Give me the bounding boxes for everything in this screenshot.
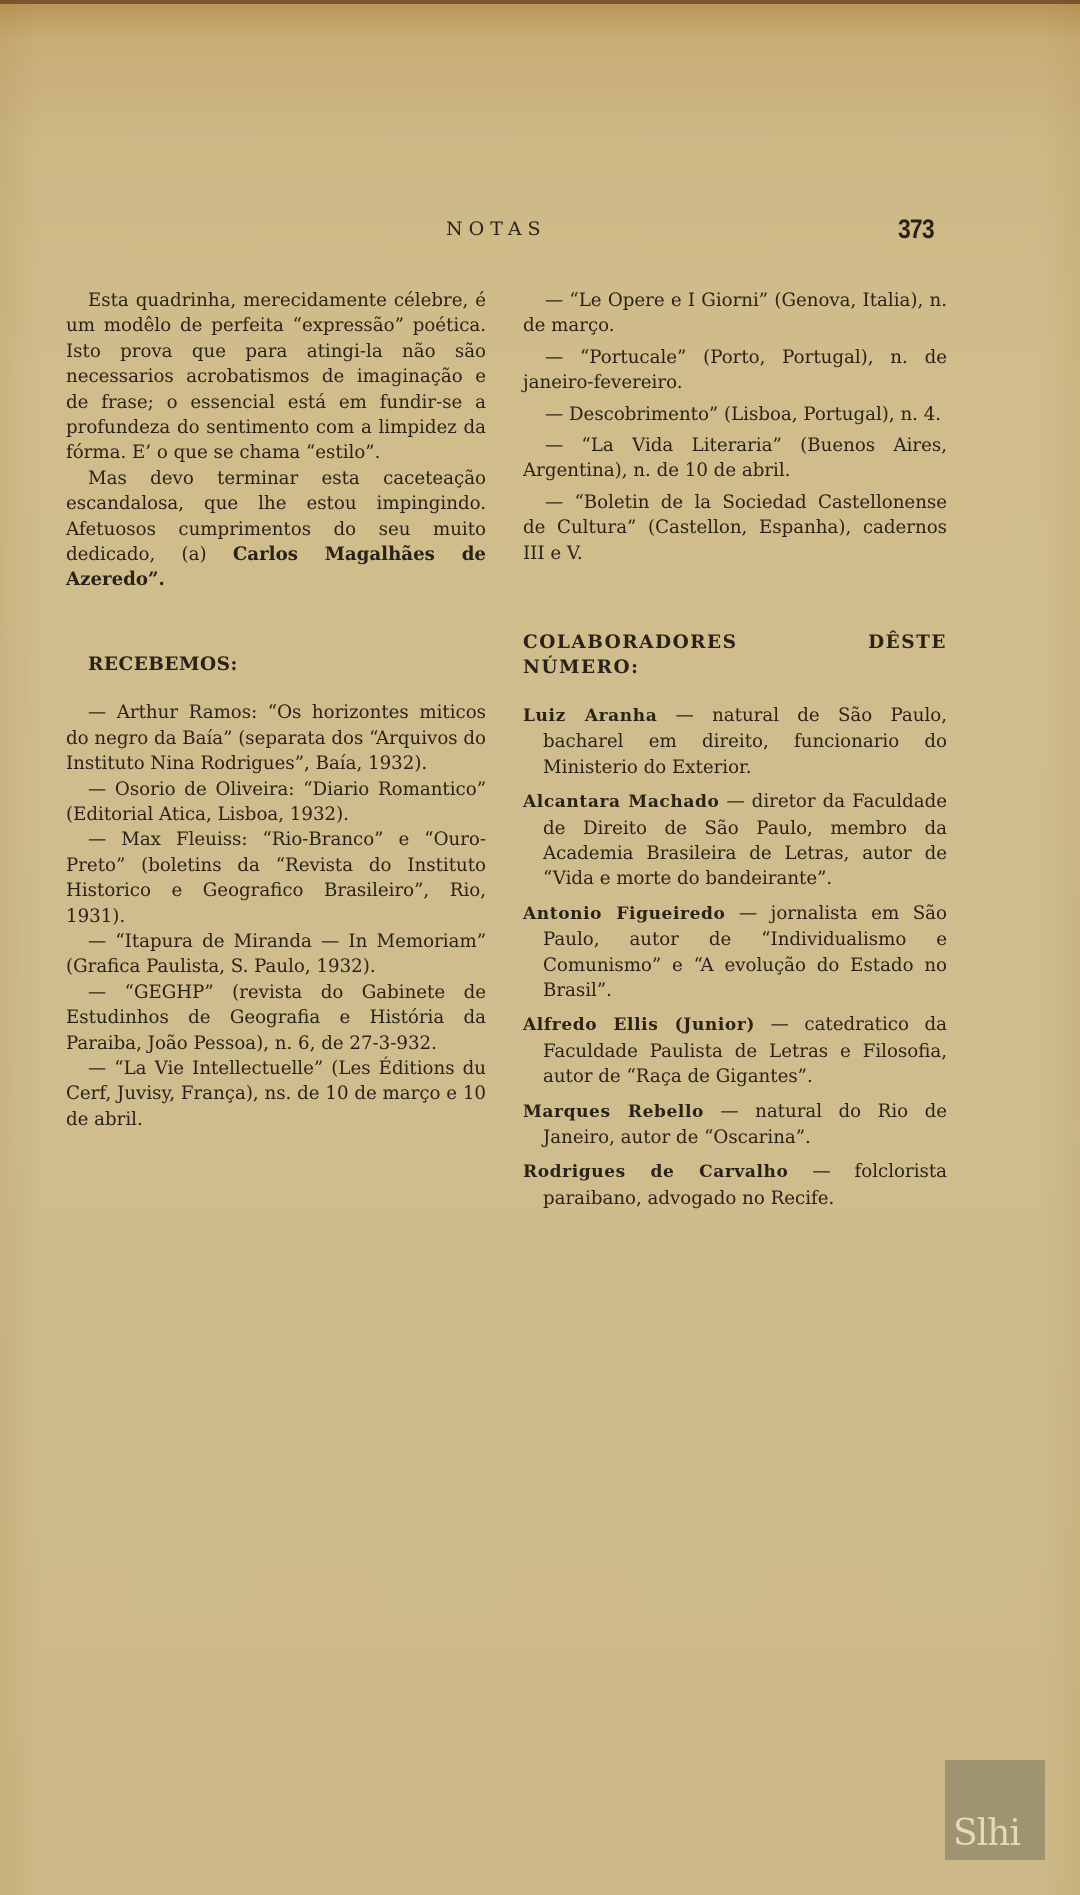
contributor-entry: Antonio Figueiredo — jornalista em São P…: [523, 901, 947, 1004]
contributor-name: Rodrigues de Carvalho: [523, 1162, 788, 1182]
received-item: — “Boletin de la Sociedad Castellonense …: [523, 490, 947, 566]
received-item: — Max Fleuiss: “Rio-Branco” e “Ouro-Pret…: [66, 827, 486, 929]
contributor-entry: Alcantara Machado — diretor da Faculdade…: [523, 789, 947, 892]
contributor-entry: Marques Rebello — natural do Rio de Jane…: [523, 1099, 947, 1151]
received-item: — Descobrimento” (Lisboa, Portugal), n. …: [523, 402, 947, 427]
right-column: — “Le Opere e I Giorni” (Genova, Italia)…: [523, 288, 947, 1220]
contributor-entry: Rodrigues de Carvalho — folclorista para…: [523, 1159, 947, 1211]
contributor-name: Luiz Aranha: [523, 706, 657, 726]
colaboradores-heading: COLABORADORES DÊSTE NÚMERO:: [523, 630, 947, 681]
slhi-logo-icon: Slhi: [945, 1760, 1045, 1860]
received-item: — Arthur Ramos: “Os horizontes miticos d…: [66, 700, 486, 776]
left-column: Esta quadrinha, merecidamente célebre, é…: [66, 288, 486, 1132]
received-item: — “Le Opere e I Giorni” (Genova, Italia)…: [523, 288, 947, 339]
running-head: NOTAS 373: [0, 214, 1080, 244]
contributor-name: Alcantara Machado: [523, 792, 719, 812]
letter-paragraph-2: Mas devo terminar esta caceteação escand…: [66, 466, 486, 593]
contributor-name: Antonio Figueiredo: [523, 904, 725, 924]
contributor-entry: Luiz Aranha — natural de São Paulo, bach…: [523, 703, 947, 780]
page-number: 373: [898, 214, 934, 245]
received-item: — “La Vida Literaria” (Buenos Aires, Arg…: [523, 433, 947, 484]
received-item: — “La Vie Intellectuelle” (Les Éditions …: [66, 1056, 486, 1132]
received-item: — Osorio de Oliveira: “Diario Romantico”…: [66, 777, 486, 828]
letter-paragraph-1: Esta quadrinha, merecidamente célebre, é…: [66, 288, 486, 466]
received-item: — “Portucale” (Porto, Portugal), n. de j…: [523, 345, 947, 396]
received-item: — “Itapura de Miranda — In Memoriam” (Gr…: [66, 929, 486, 980]
contributor-name: Marques Rebello: [523, 1102, 704, 1122]
logo-text: Slhi: [953, 1813, 1020, 1854]
received-item: — “GEGHP” (revista do Gabinete de Estudi…: [66, 980, 486, 1056]
running-title: NOTAS: [446, 218, 547, 240]
recebemos-heading: RECEBEMOS:: [66, 652, 486, 677]
contributor-entry: Alfredo Ellis (Junior) — catedratico da …: [523, 1012, 947, 1089]
page-top-edge: [0, 0, 1080, 4]
contributor-name: Alfredo Ellis (Junior): [523, 1015, 755, 1035]
